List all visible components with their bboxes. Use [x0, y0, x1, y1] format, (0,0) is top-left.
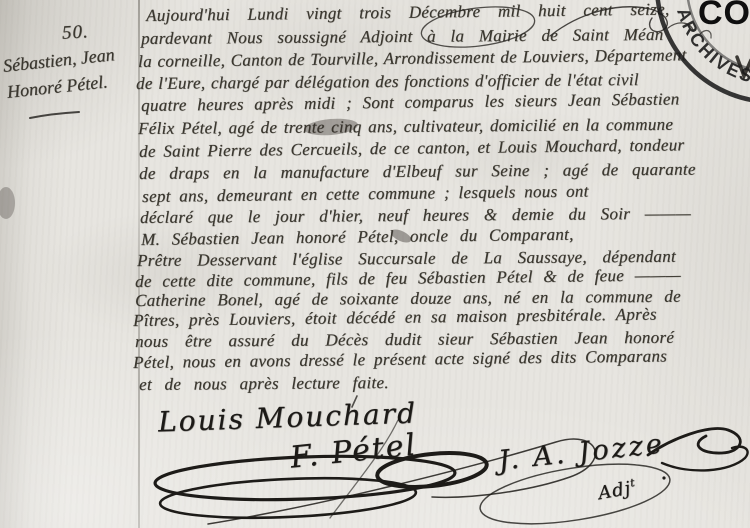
act-line-3: la corneille, Canton de Tourville, Arron…: [138, 46, 687, 70]
act-line-11: M. Sébastien Jean honoré Pétel, oncle du…: [141, 226, 574, 248]
act-line-10: déclaré que le jour d'hier, neuf heures …: [140, 205, 691, 226]
ink-small-stroke: [668, 23, 693, 30]
act-line-17: Pétel, nous en avons dressé le présent a…: [133, 347, 667, 371]
act-number: 50.: [61, 21, 89, 44]
margin-name-line2: Honoré Pétel.: [6, 71, 109, 102]
death-record-scan: 50. Sébastien, Jean Honoré Pétel. Aujour…: [0, 0, 750, 528]
act-line-9: sept ans, demeurant en cette commune ; l…: [142, 183, 589, 205]
act-line-6: Félix Pétel, agé de trente cinq ans, cul…: [138, 116, 673, 137]
signature-adjoint: J. A. Jozze: [497, 428, 666, 476]
signature-adjoint-title: Adjt: [596, 476, 638, 504]
adjoint-abbrev: Adj: [597, 478, 633, 504]
act-line-18: et de nous après lecture faite.: [139, 374, 389, 393]
act-line-4: de l'Eure, chargé par délégation des fon…: [136, 71, 639, 92]
ink-v-mark: [737, 57, 750, 76]
act-line-1: Aujourd'hui Lundi vingt trois Décembre m…: [146, 1, 670, 24]
jozze-loop-2: [662, 447, 748, 471]
act-line-7: de Saint Pierre des Cercueils, de ce can…: [139, 136, 684, 160]
paraph-ellipse-2: [159, 473, 416, 522]
act-line-5: quatre heures après midi ; Sont comparus…: [141, 90, 680, 114]
act-line-2: pardevant Nous soussigné Adjoint à la Ma…: [141, 26, 664, 47]
act-line-8: de draps en la manufacture d'Elbeuf sur …: [139, 161, 696, 182]
smudge-left-edge: [0, 187, 15, 219]
act-line-15: Pîtres, près Louviers, étoit décédé en s…: [133, 306, 657, 329]
adjt-dot: [662, 476, 665, 479]
watermark-text: CO: [698, 0, 750, 33]
signature-petel: F. Pétel: [289, 427, 419, 475]
margin-dash: [30, 112, 79, 118]
adjoint-abbrev-sup: t: [629, 476, 637, 490]
